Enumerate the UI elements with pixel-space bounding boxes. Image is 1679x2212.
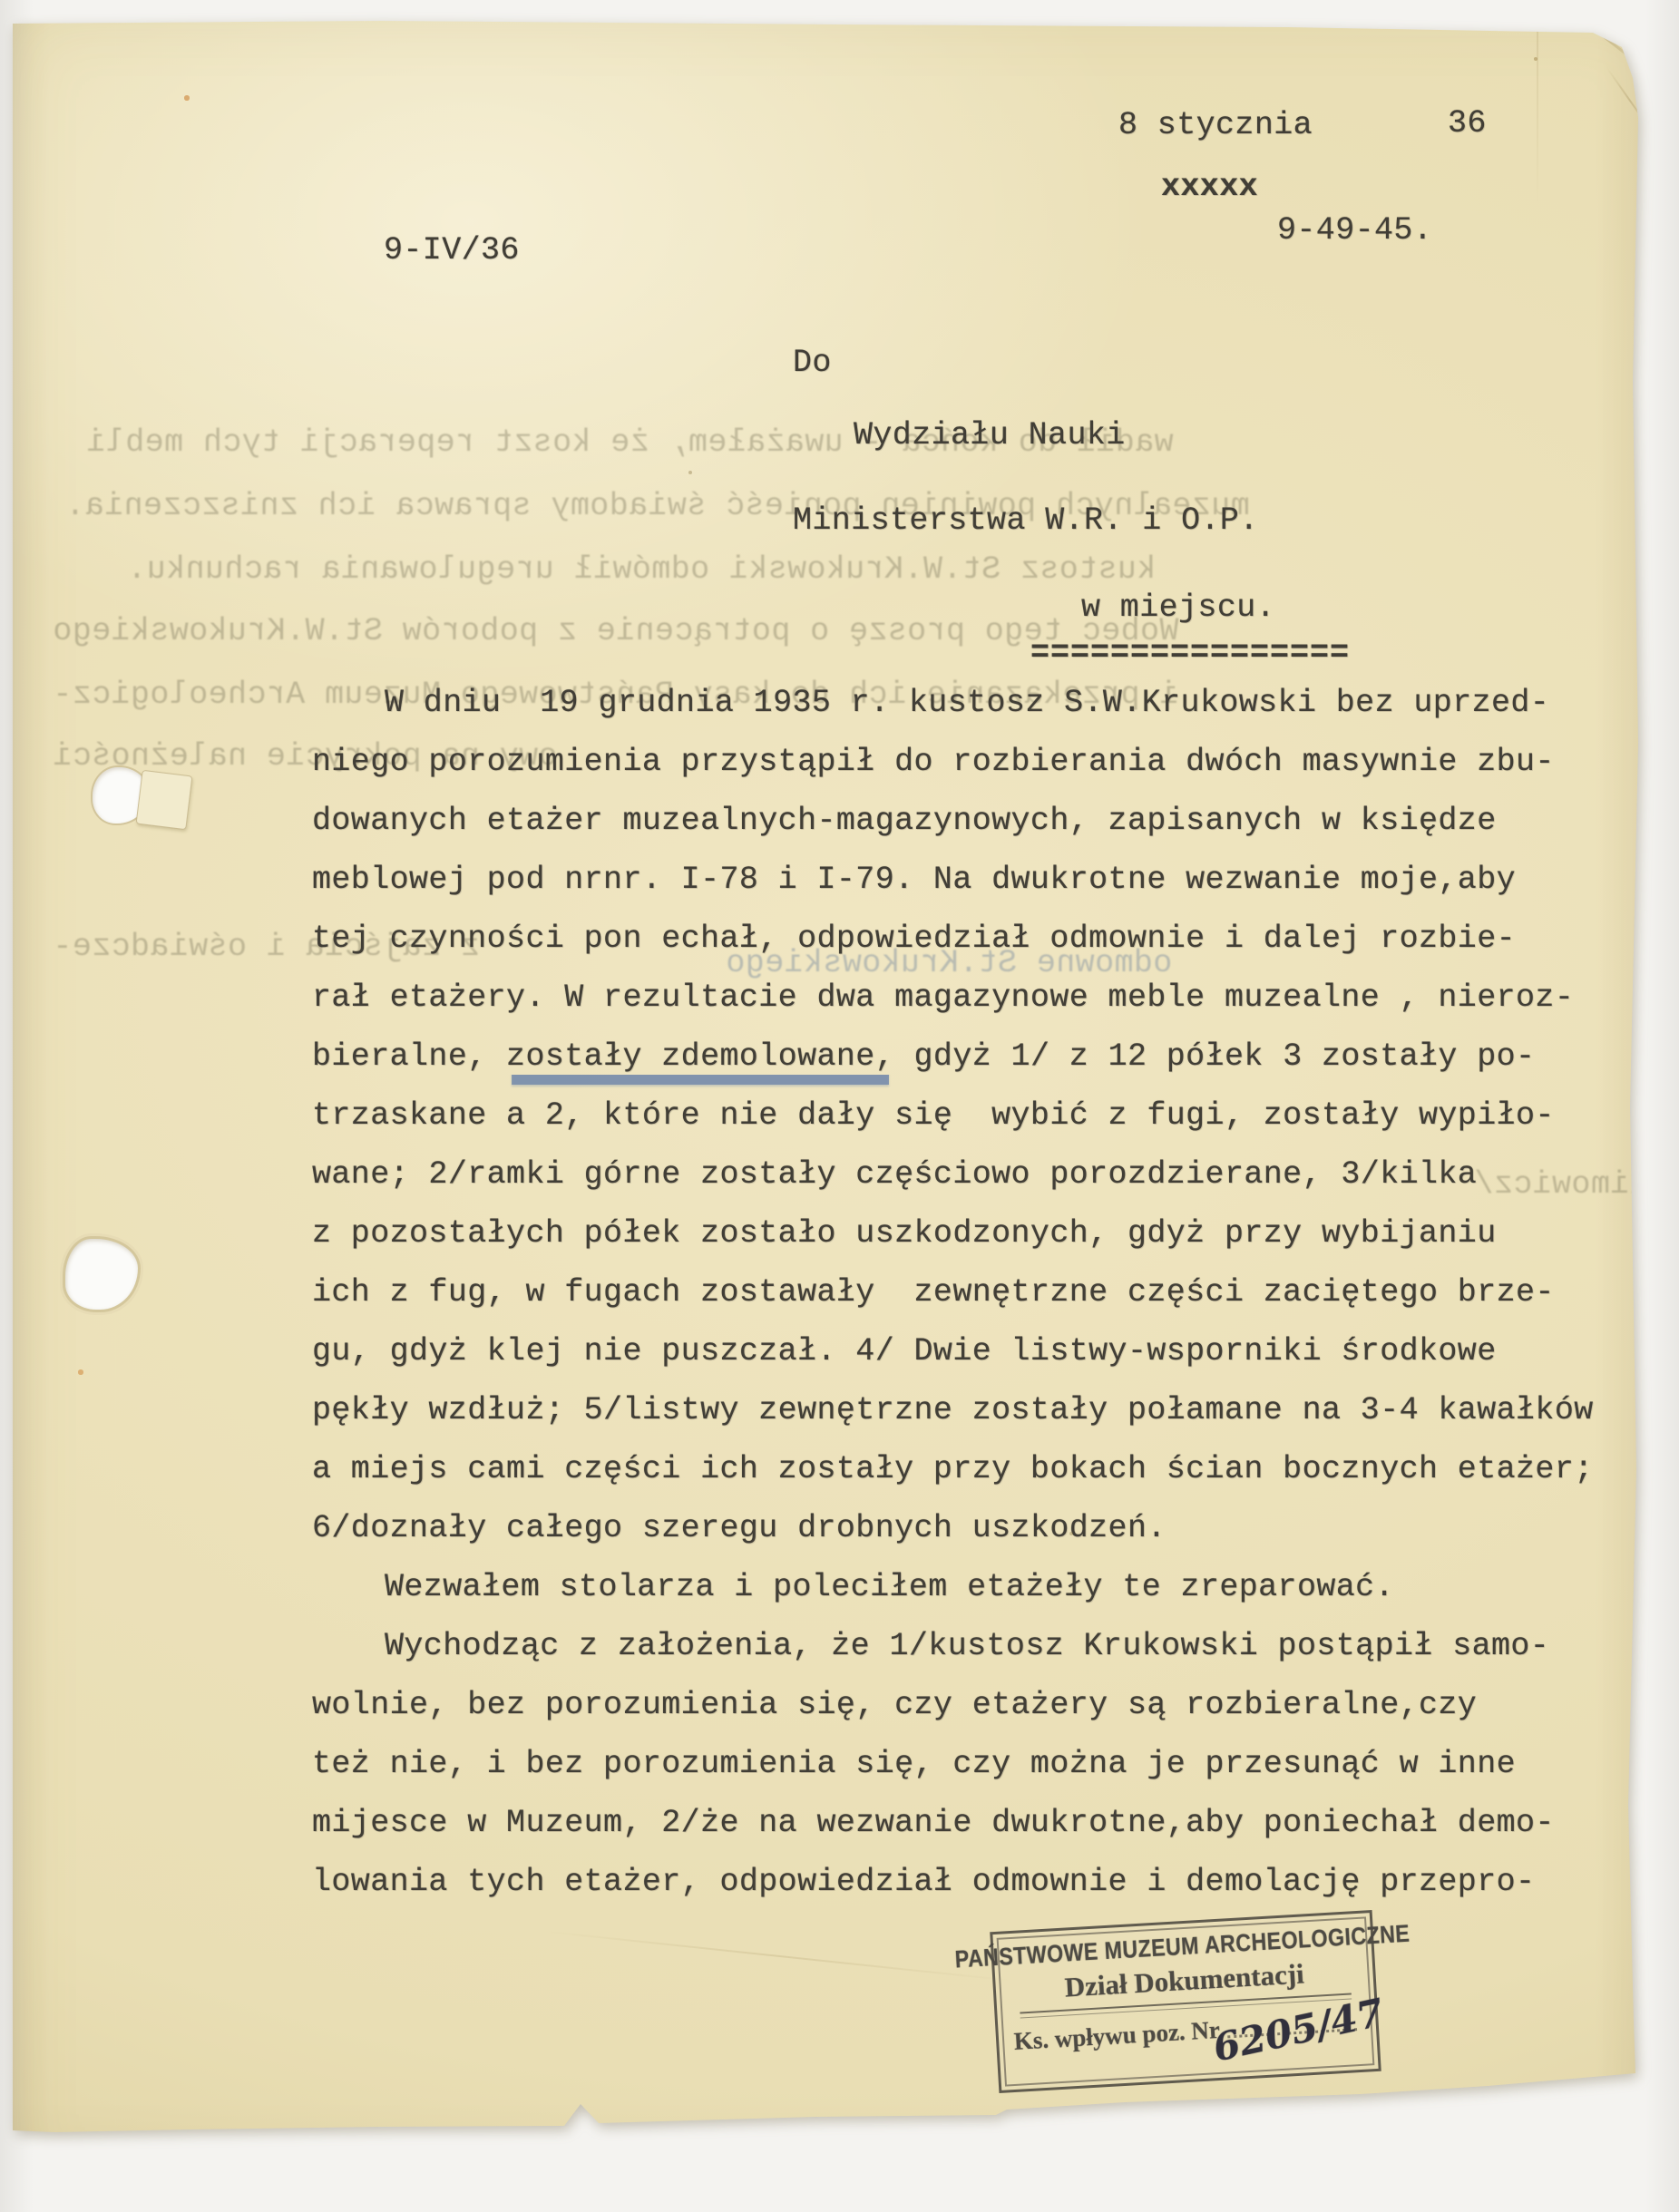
typed-line: gu, gdyż klej nie puszczał. 4/ Dwie list… — [312, 1330, 1655, 1389]
punch-hole-bottom — [65, 1239, 138, 1310]
typed-line: W dniu 19 grudnia 1935 r. kustosz S.W.Kr… — [312, 682, 1655, 741]
typed-line: wane; 2/ramki górne zostały częściowo po… — [312, 1154, 1655, 1213]
blue-underlined-phrase: zostały zdemolowane, — [506, 1038, 894, 1075]
archive-stamp: PAŃSTWOWE MUZEUM ARCHEOLOGICZNE Dział Do… — [990, 1910, 1381, 2093]
scanned-document-page: wadił do końca - uważałem, że koszt repe… — [0, 0, 1679, 2212]
typed-line: tej czynności pon echał, odpowiedział od… — [312, 918, 1655, 977]
addressee-line-2: Ministerstwa W.R. i O.P. — [793, 502, 1259, 539]
typed-line: wolnie, bez porozumienia się, czy etażer… — [312, 1684, 1655, 1743]
bleedthrough-line: Wobec tego proszę o potrącenie z poborów… — [53, 613, 1178, 649]
typed-line: meblowej pod nrnr. I-78 i I-79. Na dwukr… — [312, 859, 1655, 918]
typed-line: niego porozumienia przystąpił do rozbier… — [312, 741, 1655, 800]
torn-paper-flap — [136, 770, 193, 830]
typed-line: pękły wzdłuż; 5/listwy zewnętrzne został… — [312, 1389, 1655, 1448]
typed-line: mijesce w Muzeum, 2/że na wezwanie dwukr… — [312, 1802, 1655, 1861]
typed-line: a miejs cami części ich zostały przy bok… — [312, 1448, 1655, 1507]
bleedthrough-line: kustosz St.W.Krukowski odmówił uregulowa… — [127, 551, 1156, 588]
typed-line: też nie, i bez porozumienia się, czy moż… — [312, 1743, 1655, 1802]
typed-line: ich z fug, w fugach zostawały zewnętrzne… — [312, 1272, 1655, 1330]
file-reference: 9-IV/36 — [384, 232, 520, 268]
typed-dash-rule: ================ — [1030, 635, 1350, 671]
typed-line: z pozostałych półek zostało uszkodzonych… — [312, 1213, 1655, 1272]
stamp-ledger-label: Ks. wpływu poz. Nr — [1013, 2016, 1221, 2056]
reference-number: 9-49-45. — [1277, 212, 1432, 248]
typed-line: Wychodząc z założenia, że 1/kustosz Kruk… — [312, 1625, 1655, 1684]
typed-line: rał etażery. W rezultacie dwa magazynowe… — [312, 977, 1655, 1036]
typed-line: 6/doznały całego szeregu drobnych uszkod… — [312, 1507, 1655, 1566]
salutation: Do — [793, 345, 832, 381]
typed-date: 8 stycznia — [1118, 107, 1313, 143]
typed-line: trzaskane a 2, które nie dały się wybić … — [312, 1095, 1655, 1154]
paper-wrapper: wadił do końca - uważałem, że koszt repe… — [0, 0, 1679, 2212]
typed-line: bieralne, zostały zdemolowane, gdyż 1/ z… — [312, 1036, 1655, 1095]
crease-mark — [1606, 67, 1654, 135]
typed-strikeout: xxxxx — [1161, 169, 1258, 205]
typed-line: Wezwałem stolarza i poleciłem etażeły te… — [312, 1566, 1655, 1625]
addressee-line-3: w miejscu. — [1081, 590, 1275, 626]
typed-line: lowania tych etażer, odpowiedział odmown… — [312, 1861, 1655, 1920]
page-number: 36 — [1448, 105, 1487, 141]
addressee-line-1: Wydziału Nauki — [854, 417, 1126, 453]
crease-mark — [1556, 0, 1650, 73]
crease-mark — [1537, 0, 1538, 209]
paper-sheet: wadił do końca - uważałem, że koszt repe… — [0, 0, 1679, 2212]
letter-body: W dniu 19 grudnia 1935 r. kustosz S.W.Kr… — [312, 682, 1655, 1920]
paper-specks — [0, 0, 2, 2]
crease-mark — [545, 1931, 1014, 1982]
typed-line: dowanych etażer muzealnych-magazynowych,… — [312, 800, 1655, 859]
